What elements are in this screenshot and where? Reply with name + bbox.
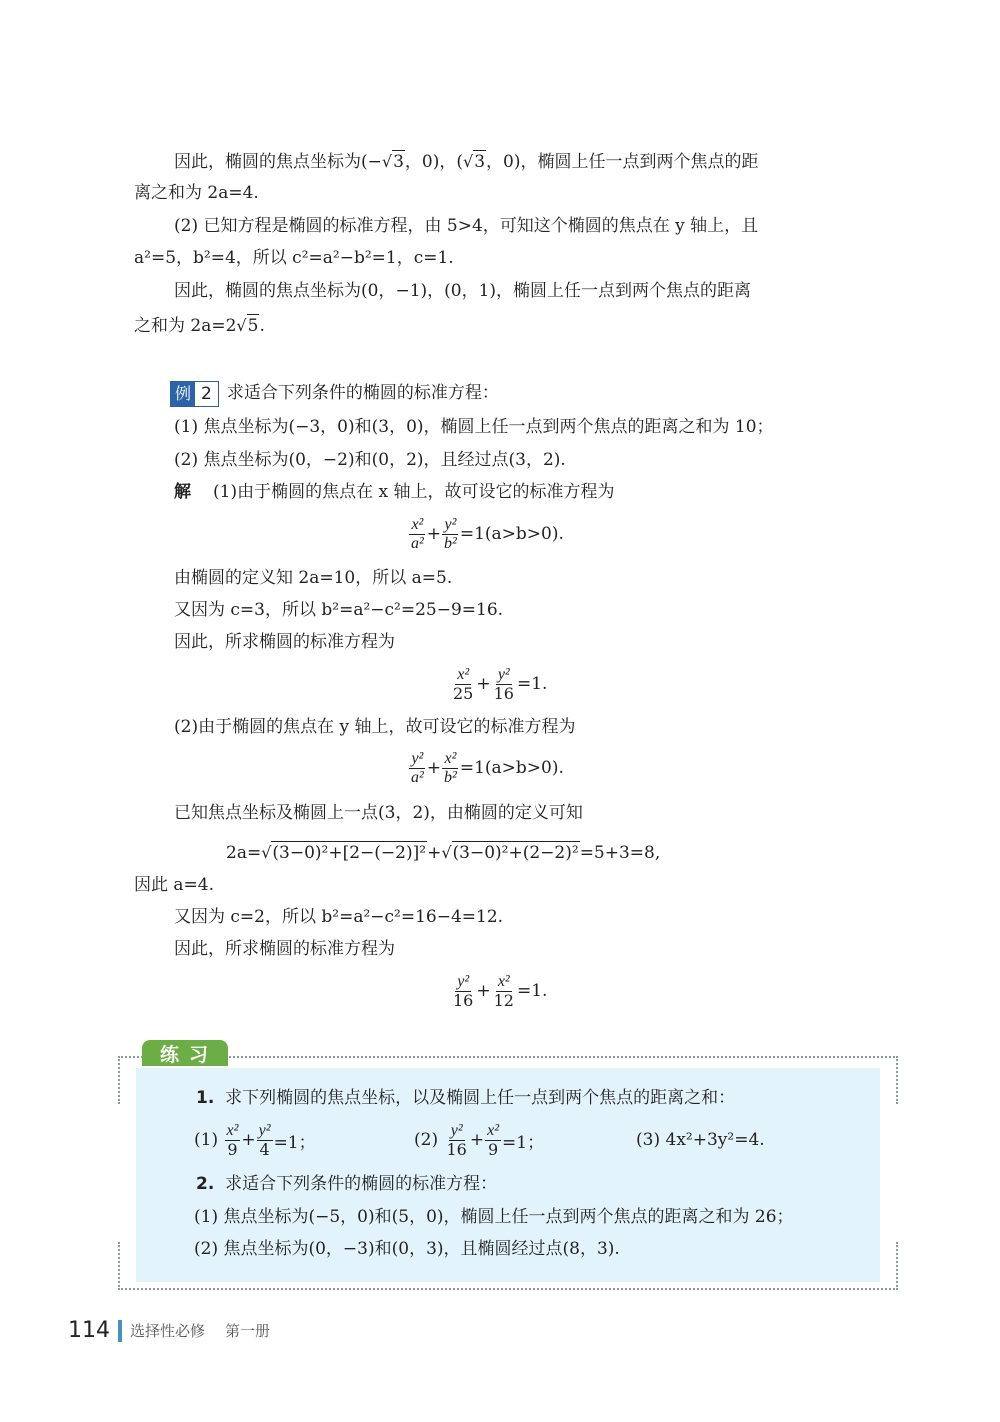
fraction: x²b² (442, 750, 459, 787)
fraction: y²16 (445, 1122, 469, 1159)
footer-divider (118, 1320, 122, 1342)
denominator: 25 (451, 685, 475, 703)
denominator: b² (442, 769, 459, 787)
fraction: y²4 (257, 1122, 273, 1159)
equation-rhs: =1； (274, 1128, 316, 1153)
numerator: y² (455, 973, 471, 992)
solution-label: 解 (174, 482, 191, 502)
denominator: 12 (492, 992, 516, 1010)
operator: + (427, 843, 441, 863)
example-label: 例 (171, 382, 195, 406)
denominator: 9 (486, 1141, 500, 1159)
numerator: y² (409, 750, 425, 769)
equation-distance-sum: 2a=√(3−0)²+[2−(−2)]²+√(3−0)²+(2−2)²=5+3=… (226, 841, 660, 864)
equation-standard-y: y²a²+x²b²=1(a>b>0). (408, 746, 564, 790)
book-title: 选择性必修 (130, 1320, 205, 1341)
numerator: x² (225, 1122, 241, 1141)
dotted-border (118, 1288, 898, 1290)
solution-line: 因此，所求椭圆的标准方程为 (174, 631, 395, 653)
question-number: 2. (196, 1174, 214, 1194)
question-text: 求适合下列条件的椭圆的标准方程： (225, 1174, 497, 1194)
equation-rhs: =1. (517, 981, 547, 1001)
equation-rhs: =1. (517, 674, 547, 694)
page-number: 114 (68, 1318, 110, 1343)
example-badge: 例 2 (170, 381, 219, 407)
solution-line: 因此 a=4. (134, 874, 214, 896)
numerator: y² (442, 516, 458, 535)
question-number: 1. (196, 1088, 214, 1108)
fraction: x²12 (492, 973, 516, 1010)
text: 之和为 2a=2 (134, 316, 236, 336)
paragraph-line: 离之和为 2a=4. (134, 182, 259, 204)
fraction: x²a² (409, 516, 426, 553)
item-label: (2) (414, 1130, 438, 1150)
equation-standard-x: x²a²+y²b²=1(a>b>0). (408, 512, 564, 556)
equation-lhs: 2a= (226, 843, 261, 863)
item-label: (1) (194, 1130, 218, 1150)
practice-q1-item-3: (3) 4x²+3y²=4. (636, 1118, 765, 1162)
equation-rhs: =1； (502, 1128, 544, 1153)
denominator: 9 (225, 1141, 239, 1159)
denominator: a² (409, 769, 426, 787)
equation-answer-1: x²25+y²16=1. (450, 662, 547, 706)
dotted-border (118, 1056, 120, 1104)
paragraph-line: 因此，椭圆的焦点坐标为(0，−1)，(0，1)，椭圆上任一点到两个焦点的距离 (174, 280, 751, 302)
denominator: b² (442, 535, 459, 553)
denominator: 16 (445, 1141, 469, 1159)
sqrt-icon: √ (463, 152, 473, 171)
fraction: y²16 (492, 666, 516, 703)
solution-line: 又因为 c=3，所以 b²=a²−c²=25−9=16. (174, 599, 503, 621)
dotted-border (896, 1242, 898, 1290)
equation-answer-2: y²16+x²12=1. (450, 969, 547, 1013)
dotted-border (118, 1242, 120, 1290)
text: 因此，椭圆的焦点坐标为(− (174, 152, 382, 172)
radicand: (3−0)²+[2−(−2)]² (271, 841, 427, 864)
solution-line: 又因为 c=2，所以 b²=a²−c²=16−4=12. (174, 906, 503, 928)
numerator: y² (257, 1122, 273, 1141)
denominator: a² (409, 535, 426, 553)
item-label: (3) (636, 1130, 660, 1150)
fraction: y²16 (451, 973, 475, 1010)
denominator: 4 (258, 1141, 272, 1159)
sqrt-icon: √ (382, 152, 392, 171)
sqrt-icon: √ (261, 843, 271, 862)
example-heading: 例 2 求适合下列条件的椭圆的标准方程： (170, 380, 499, 407)
paragraph-line: (2) 已知方程是椭圆的标准方程，由 5>4，可知这个椭圆的焦点在 y 轴上，且 (174, 215, 758, 237)
numerator: x² (442, 750, 458, 769)
fraction: x²25 (451, 666, 475, 703)
numerator: x² (409, 516, 425, 535)
fraction: y²a² (409, 750, 426, 787)
dotted-border (118, 1056, 898, 1058)
practice-q2-condition-2: (2) 焦点坐标为(0，−3)和(0，3)，且椭圆经过点(8，3). (194, 1238, 620, 1260)
radicand: (3−0)²+(2−2)² (452, 841, 580, 864)
radicand: 3 (473, 150, 486, 173)
equation-rhs: =5+3=8, (580, 843, 661, 863)
text: ，0)，椭圆上任一点到两个焦点的距 (486, 152, 758, 172)
fraction: x²9 (485, 1122, 501, 1159)
condition-2: (2) 焦点坐标为(0，−2)和(0，2)，且经过点(3，2). (174, 449, 566, 471)
text: (1)由于椭圆的焦点在 x 轴上，故可设它的标准方程为 (213, 482, 614, 502)
example-prompt: 求适合下列条件的椭圆的标准方程： (227, 383, 499, 403)
solution-line: 由椭圆的定义知 2a=10，所以 a=5. (174, 567, 452, 589)
sqrt-icon: √ (441, 843, 451, 862)
practice-q1-item-2: (2) y²16+x²9=1； (414, 1118, 544, 1162)
book-volume: 第一册 (225, 1320, 270, 1341)
fraction: x²9 (225, 1122, 241, 1159)
text: . (259, 316, 264, 336)
numerator: y² (449, 1122, 465, 1141)
paragraph-line: a²=5，b²=4，所以 c²=a²−b²=1，c=1. (134, 247, 454, 269)
equation-rhs: =1(a>b>0). (460, 758, 564, 778)
numerator: x² (485, 1122, 501, 1141)
radicand: 3 (392, 150, 405, 173)
text: ，0)，( (405, 152, 463, 172)
paragraph-line: 之和为 2a=2√5. (134, 314, 265, 337)
question-text: 求下列椭圆的焦点坐标，以及椭圆上任一点到两个焦点的距离之和： (225, 1088, 735, 1108)
solution-line: 因此，所求椭圆的标准方程为 (174, 938, 395, 960)
paragraph-line: 因此，椭圆的焦点坐标为(−√3，0)，(√3，0)，椭圆上任一点到两个焦点的距 (174, 150, 759, 173)
numerator: x² (496, 973, 512, 992)
solution-intro-2: (2)由于椭圆的焦点在 y 轴上，故可设它的标准方程为 (174, 716, 576, 738)
denominator: 16 (492, 685, 516, 703)
practice-title: 练习 (142, 1040, 228, 1066)
sqrt-icon: √ (236, 316, 246, 335)
fraction: y²b² (442, 516, 459, 553)
numerator: x² (455, 666, 471, 685)
equation-rhs: =1(a>b>0). (460, 524, 564, 544)
page-footer: 114 选择性必修 第一册 (68, 1318, 270, 1343)
practice-question-1: 1. 求下列椭圆的焦点坐标，以及椭圆上任一点到两个焦点的距离之和： (196, 1087, 735, 1109)
practice-q1-item-1: (1) x²9+y²4=1； (194, 1118, 316, 1162)
solution-intro: 解(1)由于椭圆的焦点在 x 轴上，故可设它的标准方程为 (174, 481, 614, 503)
practice-box: 练习 1. 求下列椭圆的焦点坐标，以及椭圆上任一点到两个焦点的距离之和： (1)… (118, 1040, 898, 1290)
practice-question-2: 2. 求适合下列条件的椭圆的标准方程： (196, 1173, 497, 1195)
example-number: 2 (195, 382, 218, 406)
solution-line: 已知焦点坐标及椭圆上一点(3，2)，由椭圆的定义可知 (174, 802, 583, 824)
denominator: 16 (451, 992, 475, 1010)
radicand: 5 (247, 314, 260, 337)
condition-1: (1) 焦点坐标为(−3，0)和(3，0)，椭圆上任一点到两个焦点的距离之和为 … (174, 416, 774, 438)
practice-q2-condition-1: (1) 焦点坐标为(−5，0)和(5，0)，椭圆上任一点到两个焦点的距离之和为 … (194, 1206, 794, 1228)
numerator: y² (496, 666, 512, 685)
dotted-border (896, 1056, 898, 1104)
expression: 4x²+3y²=4. (666, 1130, 765, 1150)
